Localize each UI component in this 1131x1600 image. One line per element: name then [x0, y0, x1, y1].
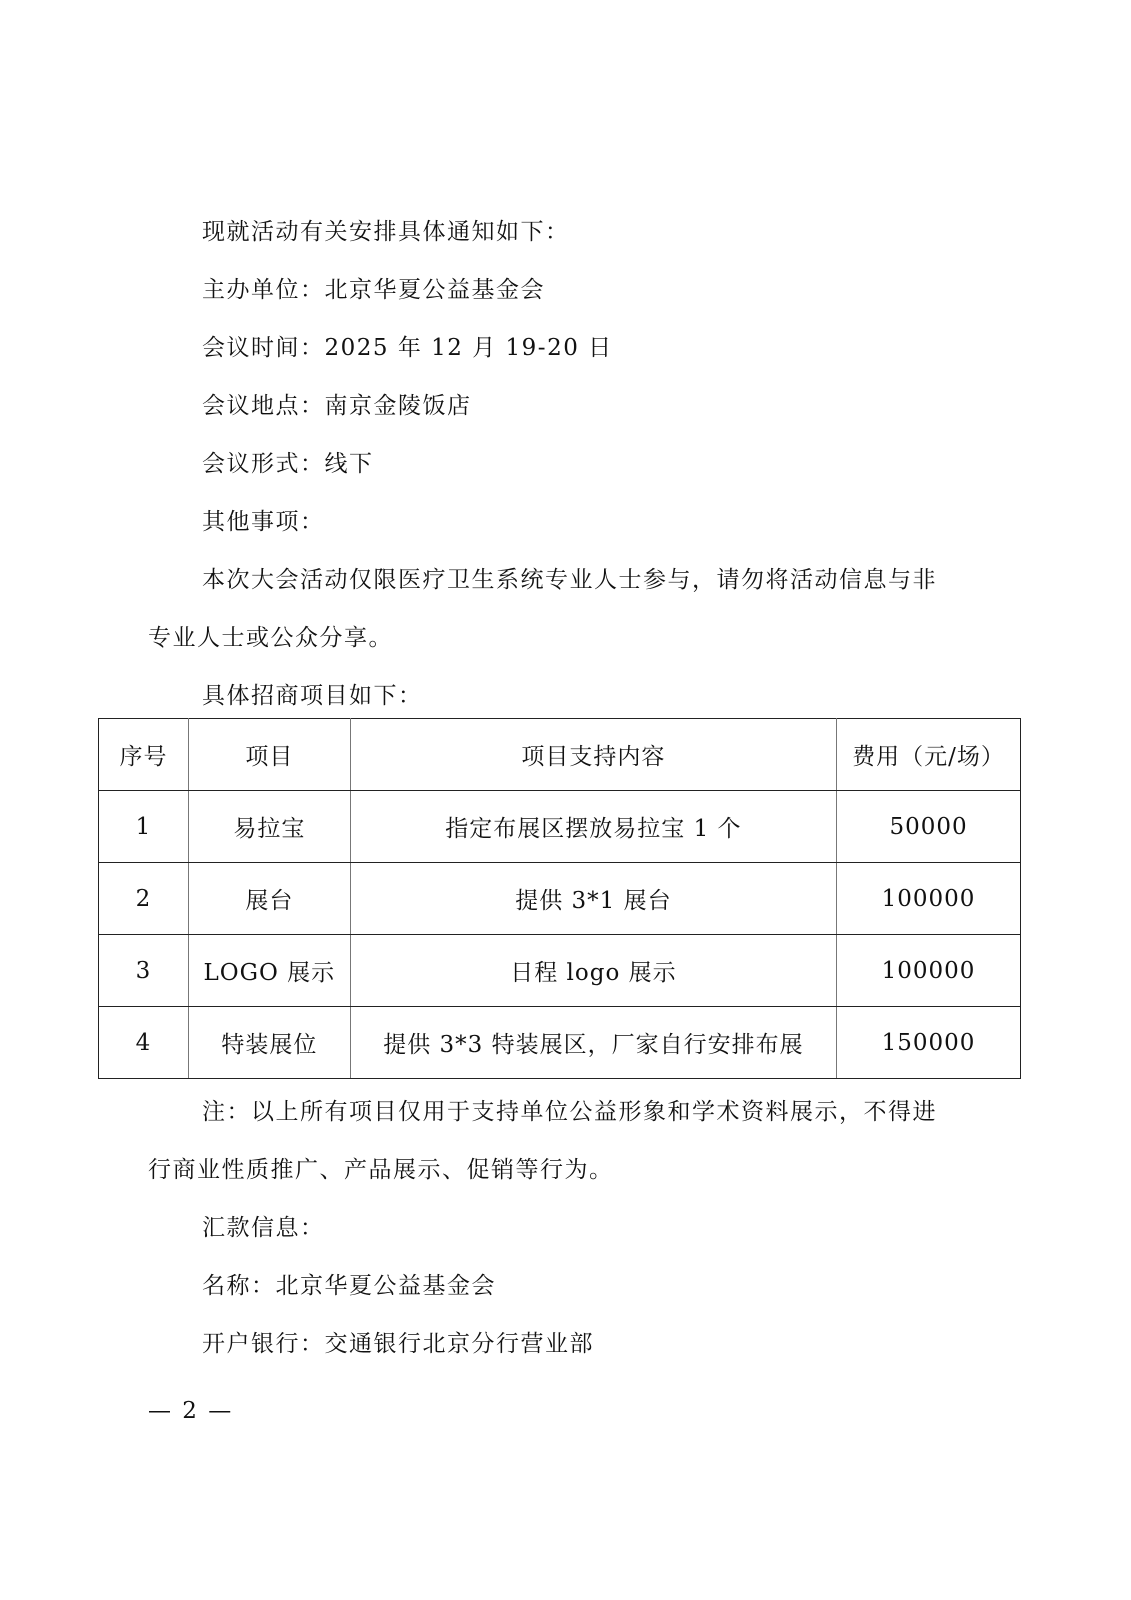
cell-index: 1: [99, 791, 189, 863]
items-title: 具体招商项目如下：: [202, 677, 423, 710]
cell-fee: 50000: [837, 791, 1021, 863]
header-fee: 费用（元/场）: [837, 719, 1021, 791]
page-number: — 2 —: [148, 1398, 233, 1424]
location-line: 会议地点：南京金陵饭店: [202, 387, 472, 420]
remittance-bank: 开户银行：交通银行北京分行营业部: [202, 1325, 594, 1358]
cell-fee: 100000: [837, 935, 1021, 1007]
table-header-row: 序号 项目 项目支持内容 费用（元/场）: [99, 719, 1021, 791]
intro-text: 现就活动有关安排具体通知如下：: [202, 213, 570, 246]
header-content: 项目支持内容: [350, 719, 836, 791]
other-matters-line-2: 专业人士或公众分享。: [148, 619, 393, 652]
cell-content: 提供 3*1 展台: [350, 863, 836, 935]
table-row: 1 易拉宝 指定布展区摆放易拉宝 1 个 50000: [99, 791, 1021, 863]
note-line-1: 注：以上所有项目仅用于支持单位公益形象和学术资料展示，不得进: [202, 1093, 937, 1126]
sponsorship-table: 序号 项目 项目支持内容 费用（元/场） 1 易拉宝 指定布展区摆放易拉宝 1 …: [98, 718, 1021, 1079]
table-row: 2 展台 提供 3*1 展台 100000: [99, 863, 1021, 935]
table-row: 4 特装展位 提供 3*3 特装展区，厂家自行安排布展 150000: [99, 1007, 1021, 1079]
cell-content: 指定布展区摆放易拉宝 1 个: [350, 791, 836, 863]
cell-fee: 150000: [837, 1007, 1021, 1079]
cell-item: 展台: [188, 863, 350, 935]
header-index: 序号: [99, 719, 189, 791]
header-item: 项目: [188, 719, 350, 791]
other-matters-line-1: 本次大会活动仅限医疗卫生系统专业人士参与，请勿将活动信息与非: [202, 561, 937, 594]
cell-content: 提供 3*3 特装展区，厂家自行安排布展: [350, 1007, 836, 1079]
cell-index: 2: [99, 863, 189, 935]
cell-content: 日程 logo 展示: [350, 935, 836, 1007]
cell-index: 3: [99, 935, 189, 1007]
time-line: 会议时间：2025 年 12 月 19-20 日: [202, 329, 613, 362]
remittance-name: 名称：北京华夏公益基金会: [202, 1267, 496, 1300]
table-row: 3 LOGO 展示 日程 logo 展示 100000: [99, 935, 1021, 1007]
cell-item: LOGO 展示: [188, 935, 350, 1007]
note-line-2: 行商业性质推广、产品展示、促销等行为。: [148, 1151, 614, 1184]
remittance-title: 汇款信息：: [202, 1209, 325, 1242]
cell-index: 4: [99, 1007, 189, 1079]
format-line: 会议形式：线下: [202, 445, 374, 478]
other-matters-title: 其他事项：: [202, 503, 325, 536]
cell-fee: 100000: [837, 863, 1021, 935]
cell-item: 易拉宝: [188, 791, 350, 863]
organizer-line: 主办单位：北京华夏公益基金会: [202, 271, 545, 304]
cell-item: 特装展位: [188, 1007, 350, 1079]
